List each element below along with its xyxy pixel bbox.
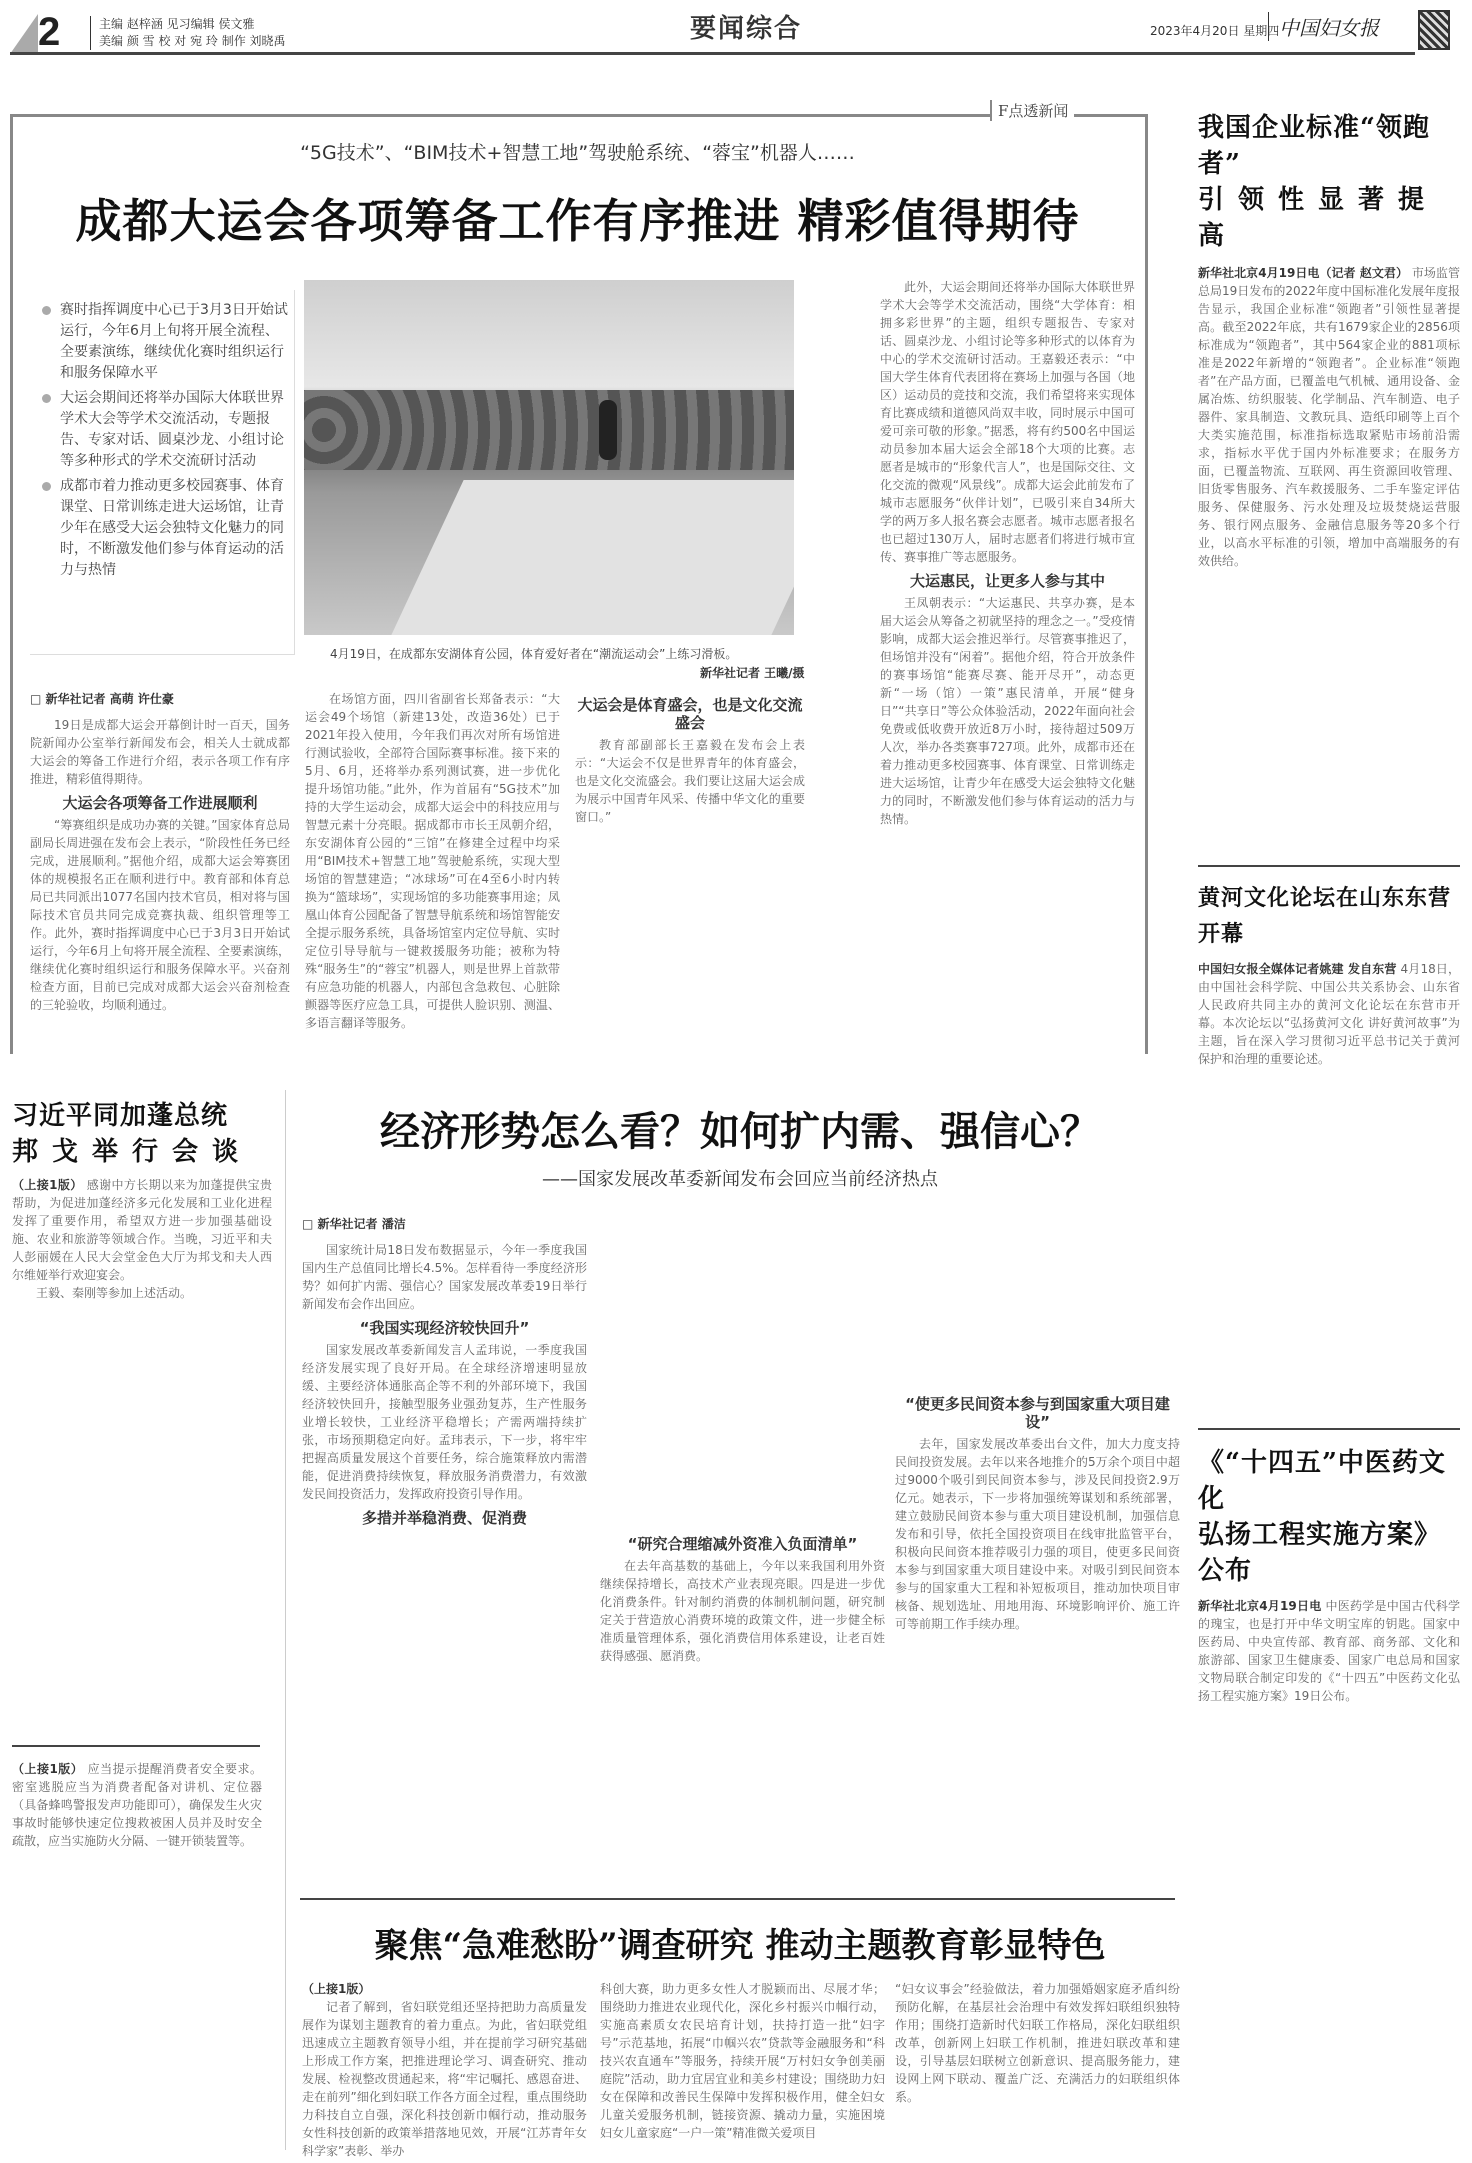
yellow-river-body: 4月18日，由中国社会科学院、中国公共关系协会、山东省人民政府共同主办的黄河文化…: [1198, 962, 1460, 1066]
bottom-col-2: 科创大赛，助力更多女性人才脱颖而出、尽展才华；围绕助力推进农业现代化，深化乡村振…: [600, 1980, 885, 2142]
lead-subhead-1: 大运会各项筹备工作进展顺利: [30, 794, 290, 812]
economy-intro: 国家统计局18日发布数据显示，今年一季度我国国内生产总值同比增长4.5%。怎样看…: [302, 1241, 587, 1313]
lead-col4-body: 此外，大运会期间还将举办国际大体联世界学术大会等学术交流活动，围绕“大学体育：相…: [880, 278, 1135, 566]
bottom-body-1: 记者了解到，省妇联党组还坚持把助力高质量发展作为谋划主题教育的着力重点。为此，省…: [302, 1998, 587, 2160]
economy-col-1: □ 新华社记者 潘洁 国家统计局18日发布数据显示，今年一季度我国国内生产总值同…: [302, 1215, 587, 1531]
credits-line-2: 美编 颜 雪 校 对 宛 玲 制作 刘晓禹: [99, 33, 286, 50]
bottom-lead: （上接1版）: [302, 1980, 587, 1998]
photo-trees: [304, 390, 794, 470]
tcm-story: 《“十四五”中医药文化 弘扬工程实施方案》公布 新华社北京4月19日电 中医药学…: [1198, 1445, 1460, 1705]
lead-subhead-3: 大运惠民，让更多人参与其中: [880, 572, 1135, 590]
economy-byline: □ 新华社记者 潘洁: [302, 1215, 587, 1233]
bottom-col-3: “妇女议事会”经验做法，着力加强婚姻家庭矛盾纠纷预防化解，在基层社会治理中有效发…: [895, 1980, 1180, 2106]
masthead-logo: 中国妇女报: [1268, 12, 1379, 41]
lead-col-2: 在场馆方面，四川省副省长郑备表示：“大运会49个场馆（新建13处，改造36处）已…: [305, 690, 560, 1032]
lead-col3-body: 教育部副部长王嘉毅在发布会上表示：“大运会不仅是世界青年的体育盛会，也是文化交流…: [575, 736, 805, 826]
photo-skater: [599, 400, 617, 460]
photo-caption: 4月19日，在成都东安湖体育公园，体育爱好者在“潮流运动会”上练习滑板。: [330, 645, 737, 662]
lead-col-4: 此外，大运会期间还将举办国际大体联世界学术大会等学术交流活动，围绕“大学体育：相…: [880, 278, 1135, 828]
standards-headline-2[interactable]: 引领性显著提高: [1198, 182, 1460, 254]
bottom-divider: [300, 1898, 1175, 1900]
yellow-river-story: 黄河文化论坛在山东东营开幕 中国妇女报全媒体记者姚建 发自东营 4月18日，由中…: [1198, 880, 1460, 1068]
standards-dateline: 新华社北京4月19日电（记者 赵文君）: [1198, 266, 1408, 280]
left-divider: [12, 1745, 260, 1747]
summary-bullet: 赛时指挥调度中心已于3月3日开始试运行，今年6月上旬将开展全流程、全要素演练，继…: [40, 300, 290, 384]
economy-subhead-2: 多措并举稳消费、促消费: [302, 1509, 587, 1527]
lead-col-1: □ 新华社记者 高萌 许仕豪 19日是成都大运会开幕倒计时一百天，国务院新闻办公…: [30, 690, 290, 1014]
summary-bullets: 赛时指挥调度中心已于3月3日开始试运行，今年6月上旬将开展全流程、全要素演练，继…: [40, 300, 290, 585]
gabon-headline-1[interactable]: 习近平同加蓬总统: [12, 1098, 272, 1134]
lead-byline: □ 新华社记者 高萌 许仕豪: [30, 690, 290, 708]
issue-date: 2023年4月20日 星期四: [1150, 22, 1279, 39]
tcm-headline-2[interactable]: 弘扬工程实施方案》公布: [1198, 1517, 1460, 1589]
economy-subheadline: ——国家发展改革委新闻发布会回应当前经济热点: [300, 1165, 1180, 1191]
summary-bullet: 大运会期间还将举办国际大体联世界学术大会等学术交流活动，专题报告、专家对话、圆桌…: [40, 388, 290, 472]
lead-headline[interactable]: 成都大运会各项筹备工作有序推进 精彩值得期待: [0, 185, 1155, 251]
lead-kicker: “5G技术”、“BIM技术+智慧工地”驾驶舱系统、“蓉宝”机器人……: [0, 138, 1155, 165]
economy-body-1: 国家发展改革委新闻发言人孟玮说，一季度我国经济发展实现了良好开局。在全球经济增速…: [302, 1341, 587, 1503]
gabon-headline-2[interactable]: 邦戈举行会谈: [12, 1134, 272, 1170]
lead-intro: 19日是成都大运会开幕倒计时一百天，国务院新闻办公室举行新闻发布会，相关人士就成…: [30, 716, 290, 788]
bottom-body-3: “妇女议事会”经验做法，着力加强婚姻家庭矛盾纠纷预防化解，在基层社会治理中有效发…: [895, 1980, 1180, 2106]
section-title: 要闻综合: [690, 8, 802, 45]
lead-col1-body: “筹赛组织是成功办赛的关键。”国家体育总局副局长周进强在发布会上表示，“阶段性任…: [30, 816, 290, 1014]
gabon-lead: （上接1版）: [12, 1178, 83, 1192]
yellow-river-dateline: 中国妇女报全媒体记者姚建 发自东营: [1198, 962, 1397, 976]
page-number-badge: 2: [10, 14, 70, 54]
lead-box-left-border: [10, 114, 13, 1054]
bottom-headline[interactable]: 聚焦“急难愁盼”调查研究 推动主题教育彰显特色: [300, 1918, 1180, 1967]
right-divider-2: [1198, 1428, 1460, 1430]
column-tag: F点透新闻: [990, 100, 1074, 121]
bottom-col-1: （上接1版） 记者了解到，省妇联党组还坚持把助力高质量发展作为谋划主题教育的着力…: [302, 1980, 587, 2160]
qr-code-icon[interactable]: [1418, 10, 1450, 50]
tcm-dateline: 新华社北京4月19日电: [1198, 1599, 1321, 1613]
summary-bullet: 成都市着力推动更多校园赛事、体育课堂、日常训练走进大运场馆，让青少年在感受大运会…: [40, 476, 290, 581]
economy-body-4: 去年，国家发展改革委出台文件，加大力度支持民间投资发展。去年以来各地推介的5万余…: [895, 1435, 1180, 1633]
lead-box-top-border: [10, 114, 1145, 117]
economy-col-2: “研究合理缩减外资准入负面清单” 在去年高基数的基础上，今年以来我国利用外资继续…: [600, 1215, 885, 1665]
escape-room-story: （上接1版） 应当提示提醒消费者安全要求。密室逃脱应当为消费者配备对讲机、定位器…: [12, 1760, 262, 1850]
photo-credit: 新华社记者 王曦/摄: [700, 664, 805, 681]
standards-body: 市场监管总局19日发布的2022年度中国标准化发展年度报告显示，我国企业标准“领…: [1198, 266, 1460, 568]
credits-line-1: 主编 赵梓涵 见习编辑 侯文雅: [99, 16, 286, 33]
page-number: 2: [38, 10, 60, 55]
header-rule: [10, 52, 1415, 55]
column-divider: [285, 1090, 286, 2150]
lead-col2-body: 在场馆方面，四川省副省长郑备表示：“大运会49个场馆（新建13处，改造36处）已…: [305, 690, 560, 1032]
economy-subhead-1: “我国实现经济较快回升”: [302, 1319, 587, 1337]
economy-headline[interactable]: 经济形势怎么看？如何扩内需、强信心？: [300, 1100, 1180, 1157]
standards-headline-1[interactable]: 我国企业标准“领跑者”: [1198, 110, 1460, 182]
lead-col4-body-2: 王凤朝表示：“大运惠民、共享办赛，是本届大运会从筹备之初就坚持的理念之一。”受疫…: [880, 594, 1135, 828]
lead-box-right-border: [1145, 114, 1148, 1054]
gabon-story: 习近平同加蓬总统 邦戈举行会谈 （上接1版） 感谢中方长期以来为加蓬提供宝贵帮助…: [12, 1098, 272, 1302]
editor-credits: 主编 赵梓涵 见习编辑 侯文雅 美编 颜 雪 校 对 宛 玲 制作 刘晓禹: [90, 16, 286, 50]
right-divider-1: [1198, 865, 1460, 867]
gabon-body: 感谢中方长期以来为加蓬提供宝贵帮助，为促进加蓬经济多元化发展和工业化进程发挥了重…: [12, 1178, 272, 1282]
page-corner-triangle: [10, 14, 38, 54]
skateboard-photo[interactable]: [304, 280, 794, 635]
economy-subhead-3: “研究合理缩减外资准入负面清单”: [600, 1535, 885, 1553]
economy-body-3: 在去年高基数的基础上，今年以来我国利用外资继续保持增长，高技术产业表现亮眼。四是…: [600, 1557, 885, 1665]
standards-story: 我国企业标准“领跑者” 引领性显著提高 新华社北京4月19日电（记者 赵文君） …: [1198, 110, 1460, 570]
yellow-river-headline[interactable]: 黄河文化论坛在山东东营开幕: [1198, 880, 1460, 952]
bottom-body-2: 科创大赛，助力更多女性人才脱颖而出、尽展才华；围绕助力推进农业现代化，深化乡村振…: [600, 1980, 885, 2142]
photo-ramp: [384, 480, 794, 635]
lead-subhead-2: 大运会是体育盛会，也是文化交流盛会: [575, 696, 805, 732]
escape-room-lead: （上接1版）: [12, 1762, 83, 1776]
tcm-body: 中医药学是中国古代科学的瑰宝，也是打开中华文明宝库的钥匙。国家中医药局、中央宣传…: [1198, 1599, 1460, 1703]
tcm-headline-1[interactable]: 《“十四五”中医药文化: [1198, 1445, 1460, 1517]
gabon-closing: 王毅、秦刚等参加上述活动。: [12, 1284, 272, 1302]
economy-subhead-4: “使更多民间资本参与到国家重大项目建设”: [895, 1395, 1180, 1431]
economy-col-3: “使更多民间资本参与到国家重大项目建设” 去年，国家发展改革委出台文件，加大力度…: [895, 1215, 1180, 1633]
lead-col-3: 大运会是体育盛会，也是文化交流盛会 教育部副部长王嘉毅在发布会上表示：“大运会不…: [575, 690, 805, 826]
